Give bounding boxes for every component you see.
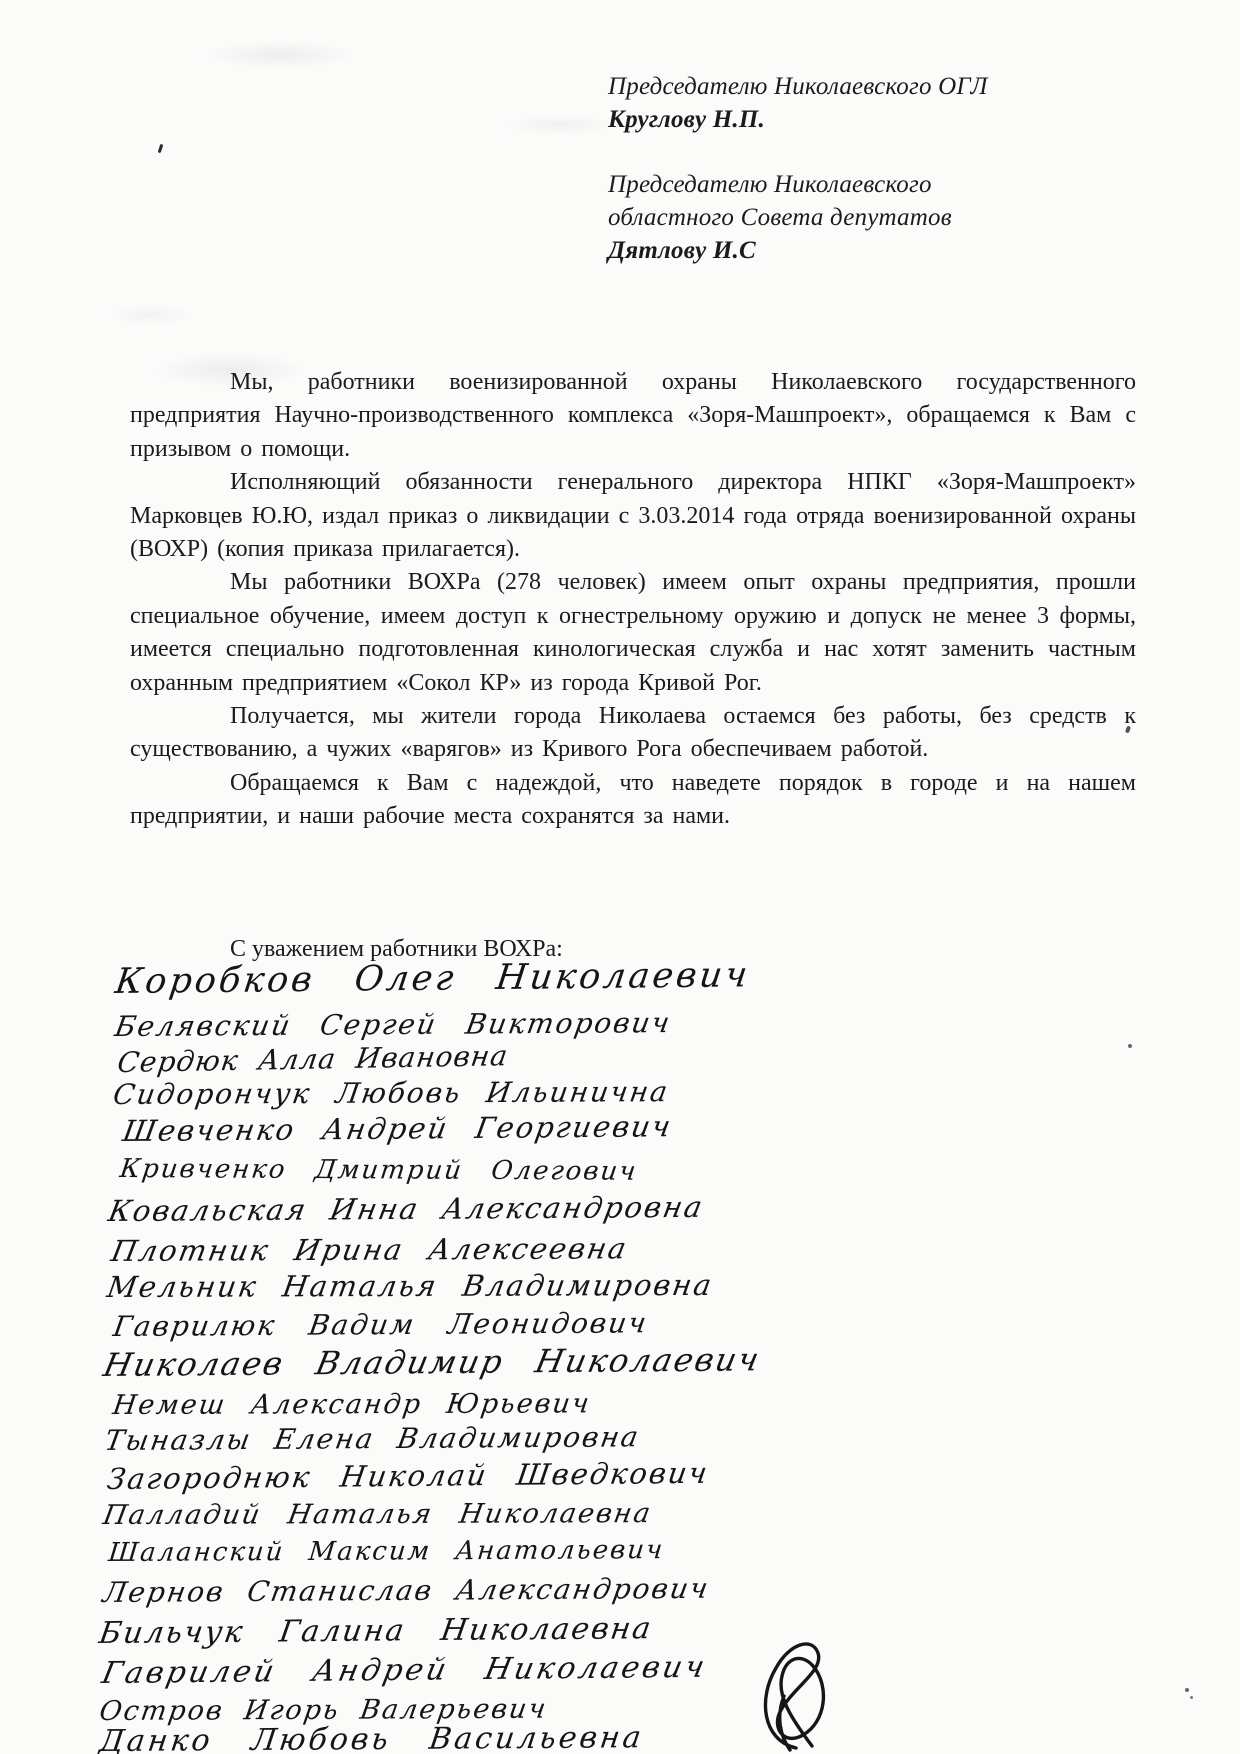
- recipient-2-name: Дятлову И.С: [608, 234, 952, 267]
- recipient-2-title-line2: областного Совета депутатов: [608, 201, 952, 234]
- recipient-1-name: Круглову Н.П.: [608, 103, 988, 136]
- signature-line: Бильчук Галина Николаевна: [97, 1611, 655, 1651]
- recipient-block-1: Председателю Николаевского ОГЛ Круглову …: [608, 70, 988, 136]
- signature-line: Немеш Александр Юрьевич: [111, 1388, 593, 1421]
- recipient-2-title-line1: Председателю Николаевского: [608, 168, 952, 201]
- letter-body: Мы, работники военизированной охраны Ник…: [130, 366, 1136, 834]
- signature-line: Загороднюк Николай Шведкович: [105, 1456, 711, 1496]
- scanned-letter-page: Председателю Николаевского ОГЛ Круглову …: [0, 0, 1240, 1754]
- paragraph-consequences: Получается, мы жители города Николаева о…: [130, 700, 1136, 767]
- signature-flourish-icon: [732, 1626, 844, 1754]
- scan-artifact-mark: [158, 144, 164, 153]
- scan-artifact-mark: [1128, 1044, 1132, 1048]
- recipient-1-title: Председателю Николаевского ОГЛ: [608, 70, 988, 103]
- scan-artifact-mark: [1190, 1696, 1193, 1699]
- scan-artifact-mark: [1185, 1688, 1189, 1692]
- paragraph-appeal: Обращаемся к Вам с надеждой, что наведет…: [130, 767, 1136, 834]
- signature-line: Шевченко Андрей Георгиевич: [120, 1109, 675, 1148]
- signature-line: Сердюк Алла Ивановна: [115, 1039, 510, 1079]
- signature-line: Белявский Сергей Викторович: [112, 1006, 674, 1043]
- signature-line: Тыназлы Елена Владимировна: [102, 1420, 642, 1457]
- signature-line: Коробков Олег Николаевич: [113, 955, 753, 1002]
- signature-line: Ковальская Инна Александровна: [106, 1190, 707, 1228]
- signature-line: Шаланский Максим Анатольевич: [107, 1535, 666, 1568]
- paragraph-vohr-details: Мы работники ВОХРа (278 человек) имеем о…: [130, 566, 1136, 700]
- recipient-block-2: Председателю Николаевского областного Со…: [608, 168, 952, 267]
- signature-line: Данко Любовь Васильевна: [97, 1720, 646, 1754]
- signature-line: Сидорончук Любовь Ильинична: [111, 1075, 672, 1111]
- signature-line: Лернов Станислав Александрович: [100, 1572, 712, 1609]
- signature-line: Гаврилюк Вадим Леонидович: [111, 1306, 650, 1343]
- paragraph-intro: Мы, работники военизированной охраны Ник…: [130, 366, 1136, 466]
- signature-line: Николаев Владимир Николаевич: [100, 1340, 764, 1384]
- signature-line: Гаврилей Андрей Николаевич: [99, 1650, 710, 1691]
- signature-line: Палладий Наталья Николаевна: [101, 1498, 655, 1531]
- signature-line: Кривченко Дмитрий Олегович: [118, 1154, 639, 1187]
- signature-line: Мельник Наталья Владимировна: [105, 1268, 716, 1304]
- signature-line: Плотник Ирина Алексеевна: [109, 1231, 631, 1268]
- paragraph-order: Исполняющий обязанности генерального дир…: [130, 466, 1136, 566]
